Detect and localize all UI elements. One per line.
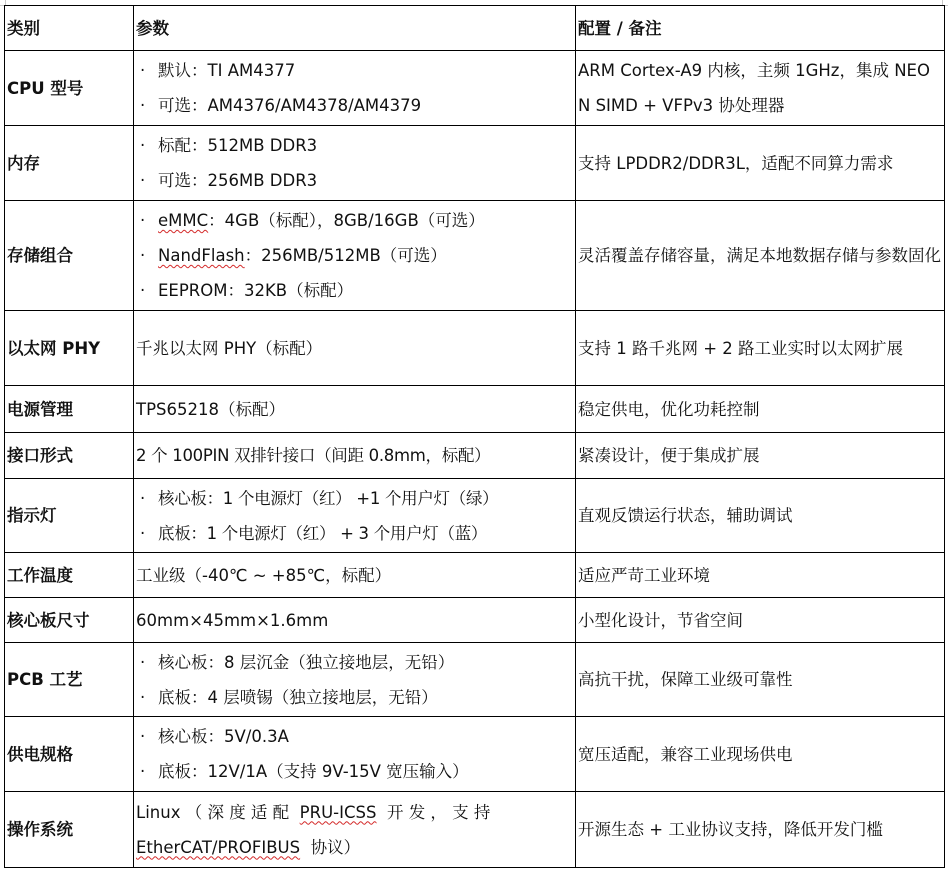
note-cell: 开源生态 + 工业协议支持，降低开发门槛 — [576, 792, 945, 868]
param-text: 核心板：8 层沉金（独立接地层，无铅） — [158, 653, 454, 672]
note-cell: 直观反馈运行状态，辅助调试 — [576, 479, 945, 553]
table-row-os: 操作系统 Linux （ 深 度 适 配 PRU-ICSS 开 发 ， 支 持 … — [5, 792, 945, 868]
spellcheck-word[interactable]: NandFlash — [158, 246, 245, 265]
bullet-icon: · — [140, 516, 158, 551]
param-line: ·eMMC：4GB（标配），8GB/16GB（可选） — [136, 203, 573, 238]
param-text: 开 发 ， 支 持 — [376, 803, 490, 822]
param-line: ·底板：4 层喷锡（独立接地层，无铅） — [136, 680, 573, 715]
note-cell: 高抗干扰，保障工业级可靠性 — [576, 643, 945, 717]
spellcheck-word[interactable]: eMMC — [158, 211, 208, 230]
param-line: ·可选：AM4376/AM4378/AM4379 — [136, 88, 573, 123]
category-cell: 接口形式 — [5, 433, 134, 479]
table-row-interface: 接口形式 2 个 100PIN 双排针接口（间距 0.8mm，标配） 紧凑设计，… — [5, 433, 945, 479]
bullet-icon: · — [140, 754, 158, 789]
params-cell: Linux （ 深 度 适 配 PRU-ICSS 开 发 ， 支 持 Ether… — [134, 792, 576, 868]
note-cell: 适应严苛工业环境 — [576, 553, 945, 598]
bullet-icon: · — [140, 238, 158, 273]
spellcheck-word[interactable]: PRU-ICSS — [300, 803, 377, 822]
param-text: 协议） — [300, 838, 360, 857]
param-text: ：256MB/512MB（可选） — [245, 246, 447, 265]
bullet-icon: · — [140, 273, 158, 308]
param-text: Linux （ 深 度 适 配 — [136, 803, 300, 822]
category-cell: PCB 工艺 — [5, 643, 134, 717]
table-row-cpu: CPU 型号 ·默认：TI AM4377 ·可选：AM4376/AM4378/A… — [5, 51, 945, 126]
table-row-power-management: 电源管理 TPS65218（标配） 稳定供电，优化功耗控制 — [5, 386, 945, 433]
param-line: ·底板：1 个电源灯（红） + 3 个用户灯（蓝） — [136, 516, 573, 551]
param-line: EtherCAT/PROFIBUS 协议） — [136, 830, 573, 865]
note-cell: ARM Cortex-A9 内核，主频 1GHz，集成 NEON SIMD + … — [576, 51, 945, 126]
bullet-icon: · — [140, 645, 158, 680]
param-text: 底板：4 层喷锡（独立接地层，无铅） — [158, 688, 438, 707]
note-cell: 支持 1 路千兆网 + 2 路工业实时以太网扩展 — [576, 311, 945, 386]
category-cell: 内存 — [5, 126, 134, 201]
header-row: 类别 参数 配置 / 备注 — [5, 6, 945, 51]
category-cell: 工作温度 — [5, 553, 134, 598]
bullet-icon: · — [140, 163, 158, 198]
header-notes: 配置 / 备注 — [576, 6, 945, 51]
params-cell: ·核心板：1 个电源灯（红） +1 个用户灯（绿） ·底板：1 个电源灯（红） … — [134, 479, 576, 553]
table-row-memory: 内存 ·标配：512MB DDR3 ·可选：256MB DDR3 支持 LPDD… — [5, 126, 945, 201]
bullet-icon: · — [140, 203, 158, 238]
param-text: 核心板：5V/0.3A — [158, 727, 289, 746]
table-row-board-size: 核心板尺寸 60mm×45mm×1.6mm 小型化设计，节省空间 — [5, 598, 945, 643]
params-cell: ·标配：512MB DDR3 ·可选：256MB DDR3 — [134, 126, 576, 201]
category-cell: 存储组合 — [5, 201, 134, 311]
param-line: ·标配：512MB DDR3 — [136, 128, 573, 163]
spellcheck-word[interactable]: EtherCAT/PROFIBUS — [136, 838, 300, 857]
table-row-temperature: 工作温度 工业级（-40℃ ~ +85℃，标配） 适应严苛工业环境 — [5, 553, 945, 598]
param-line: ·核心板：1 个电源灯（红） +1 个用户灯（绿） — [136, 481, 573, 516]
bullet-icon: · — [140, 481, 158, 516]
params-cell: 千兆以太网 PHY（标配） — [134, 311, 576, 386]
param-line: Linux （ 深 度 适 配 PRU-ICSS 开 发 ， 支 持 — [136, 795, 573, 830]
note-cell: 小型化设计，节省空间 — [576, 598, 945, 643]
header-category: 类别 — [5, 6, 134, 51]
header-params: 参数 — [134, 6, 576, 51]
param-text: EEPROM：32KB（标配） — [158, 281, 353, 300]
note-cell: 灵活覆盖存储容量，满足本地数据存储与参数固化 — [576, 201, 945, 311]
param-line: ·EEPROM：32KB（标配） — [136, 273, 573, 308]
param-text: 可选：AM4376/AM4378/AM4379 — [158, 96, 421, 115]
bullet-icon: · — [140, 128, 158, 163]
params-cell: 工业级（-40℃ ~ +85℃，标配） — [134, 553, 576, 598]
param-text: 底板：1 个电源灯（红） + 3 个用户灯（蓝） — [158, 524, 487, 543]
bullet-icon: · — [140, 88, 158, 123]
table-row-indicators: 指示灯 ·核心板：1 个电源灯（红） +1 个用户灯（绿） ·底板：1 个电源灯… — [5, 479, 945, 553]
note-cell: 宽压适配，兼容工业现场供电 — [576, 717, 945, 792]
category-cell: 核心板尺寸 — [5, 598, 134, 643]
note-cell: 紧凑设计，便于集成扩展 — [576, 433, 945, 479]
table-row-pcb: PCB 工艺 ·核心板：8 层沉金（独立接地层，无铅） ·底板：4 层喷锡（独立… — [5, 643, 945, 717]
params-cell: TPS65218（标配） — [134, 386, 576, 433]
category-cell: 以太网 PHY — [5, 311, 134, 386]
param-line: ·NandFlash：256MB/512MB（可选） — [136, 238, 573, 273]
params-cell: ·eMMC：4GB（标配），8GB/16GB（可选） ·NandFlash：25… — [134, 201, 576, 311]
spec-table: 类别 参数 配置 / 备注 CPU 型号 ·默认：TI AM4377 ·可选：A… — [4, 5, 945, 868]
param-text: 默认：TI AM4377 — [158, 61, 295, 80]
params-cell: 60mm×45mm×1.6mm — [134, 598, 576, 643]
param-text: 标配：512MB DDR3 — [158, 136, 317, 155]
param-line: ·默认：TI AM4377 — [136, 53, 573, 88]
table-row-storage: 存储组合 ·eMMC：4GB（标配），8GB/16GB（可选） ·NandFla… — [5, 201, 945, 311]
bullet-icon: · — [140, 680, 158, 715]
param-line: ·核心板：8 层沉金（独立接地层，无铅） — [136, 645, 573, 680]
category-cell: 供电规格 — [5, 717, 134, 792]
param-text: 可选：256MB DDR3 — [158, 171, 317, 190]
note-cell: 支持 LPDDR2/DDR3L，适配不同算力需求 — [576, 126, 945, 201]
param-line: ·可选：256MB DDR3 — [136, 163, 573, 198]
param-text: ：4GB（标配），8GB/16GB（可选） — [208, 211, 485, 230]
params-cell: ·核心板：5V/0.3A ·底板：12V/1A（支持 9V-15V 宽压输入） — [134, 717, 576, 792]
params-cell: ·核心板：8 层沉金（独立接地层，无铅） ·底板：4 层喷锡（独立接地层，无铅） — [134, 643, 576, 717]
bullet-icon: · — [140, 53, 158, 88]
params-cell: 2 个 100PIN 双排针接口（间距 0.8mm，标配） — [134, 433, 576, 479]
param-text: 核心板：1 个电源灯（红） +1 个用户灯（绿） — [158, 489, 498, 508]
category-cell: 电源管理 — [5, 386, 134, 433]
bullet-icon: · — [140, 719, 158, 754]
category-cell: 操作系统 — [5, 792, 134, 868]
category-cell: 指示灯 — [5, 479, 134, 553]
param-line: ·底板：12V/1A（支持 9V-15V 宽压输入） — [136, 754, 573, 789]
param-line: ·核心板：5V/0.3A — [136, 719, 573, 754]
param-text: 底板：12V/1A（支持 9V-15V 宽压输入） — [158, 762, 469, 781]
note-cell: 稳定供电，优化功耗控制 — [576, 386, 945, 433]
category-cell: CPU 型号 — [5, 51, 134, 126]
table-row-ethernet: 以太网 PHY 千兆以太网 PHY（标配） 支持 1 路千兆网 + 2 路工业实… — [5, 311, 945, 386]
params-cell: ·默认：TI AM4377 ·可选：AM4376/AM4378/AM4379 — [134, 51, 576, 126]
table-row-power-supply: 供电规格 ·核心板：5V/0.3A ·底板：12V/1A（支持 9V-15V 宽… — [5, 717, 945, 792]
